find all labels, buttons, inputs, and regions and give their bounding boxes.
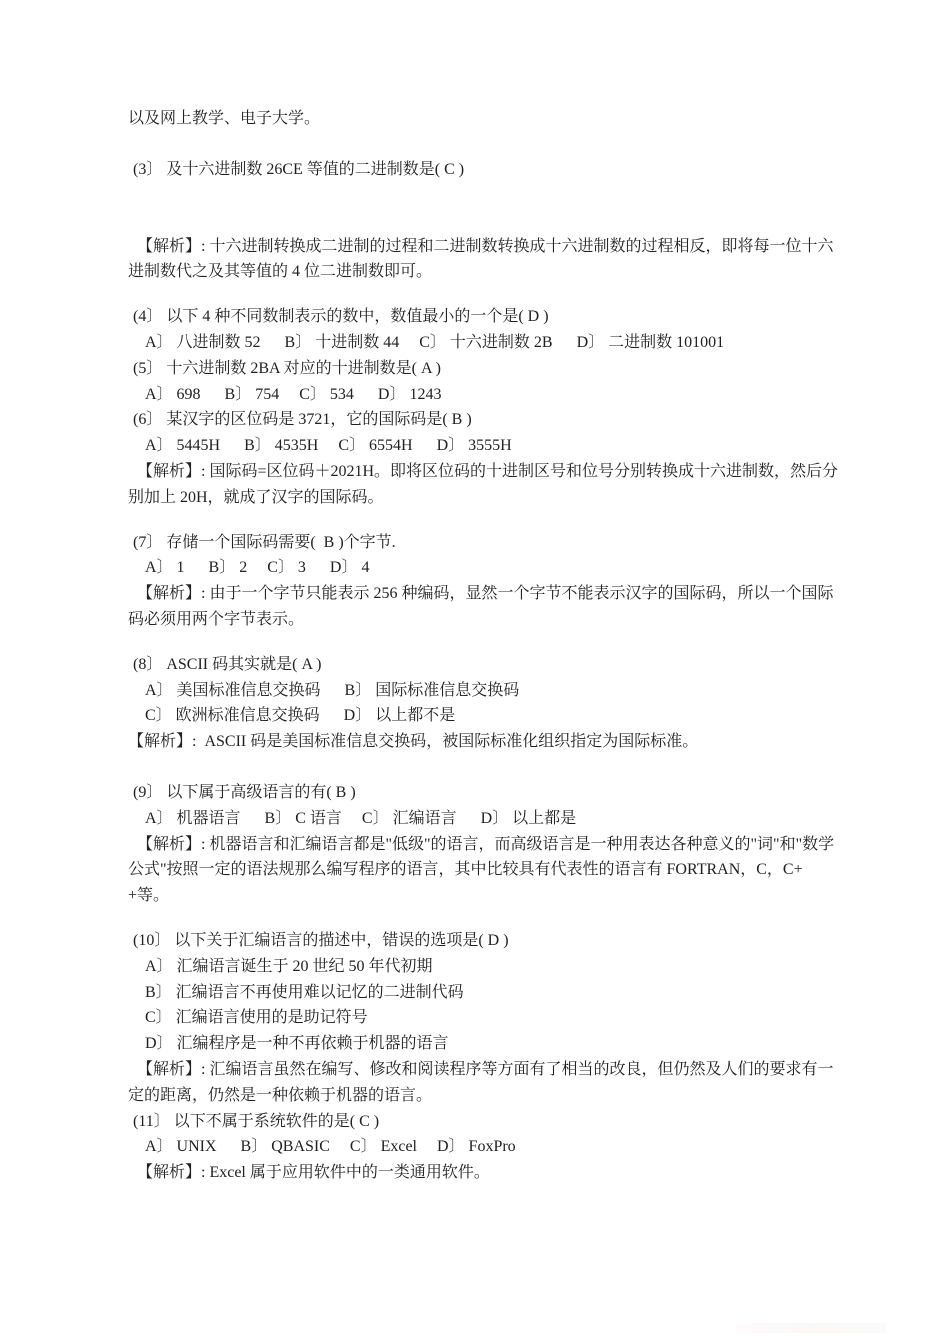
question-stem: (6〕 某汉字的区位码是 3721，它的国际码是( B ) bbox=[128, 407, 840, 433]
answer-options: C〕 汇编语言使用的是助记符号 bbox=[128, 1005, 840, 1031]
analysis-text: 【解析】: 由于一个字节只能表示 256 种编码，显然一个字节不能表示汉字的国际… bbox=[128, 581, 840, 633]
answer-options: A〕 1 B〕 2 C〕 3 D〕 4 bbox=[128, 555, 840, 581]
analysis-text: 【解析】: 汇编语言虽然在编写、修改和阅读程序等方面有了相当的改良，但仍然及人们… bbox=[128, 1057, 840, 1109]
text-paragraph: 以及网上教学、电子大学。 bbox=[128, 106, 840, 132]
question-stem: (9〕 以下属于高级语言的有( B ) bbox=[128, 780, 840, 806]
question-stem: (3〕 及十六进制数 26CE 等值的二进制数是( C ) bbox=[128, 157, 840, 183]
answer-options: A〕 机器语言 B〕 C 语言 C〕 汇编语言 D〕 以上都是 bbox=[128, 806, 840, 832]
answer-options: D〕 汇编程序是一种不再依赖于机器的语言 bbox=[128, 1031, 840, 1057]
question-stem: (10〕 以下关于汇编语言的描述中，错误的选项是( D ) bbox=[128, 928, 840, 954]
answer-options: A〕 UNIX B〕 QBASIC C〕 Excel D〕 FoxPro bbox=[128, 1134, 840, 1160]
answer-options: A〕 八进制数 52 B〕 十进制数 44 C〕 十六进制数 2B D〕 二进制… bbox=[128, 330, 840, 356]
analysis-text: 【解析】: ASCII 码是美国标准信息交换码，被国际标准化组织指定为国际标准。 bbox=[128, 729, 840, 755]
footer-watermark bbox=[736, 1323, 886, 1333]
answer-options: A〕 5445H B〕 4535H C〕 6554H D〕 3555H bbox=[128, 433, 840, 459]
question-stem: (4〕 以下 4 种不同数制表示的数中，数值最小的一个是( D ) bbox=[128, 304, 840, 330]
analysis-text: 【解析】: Excel 属于应用软件中的一类通用软件。 bbox=[128, 1160, 840, 1186]
document-page: 以及网上教学、电子大学。 (3〕 及十六进制数 26CE 等值的二进制数是( C… bbox=[0, 0, 950, 1341]
question-stem: (8〕 ASCII 码其实就是( A ) bbox=[128, 652, 840, 678]
answer-options: A〕 美国标准信息交换码 B〕 国际标准信息交换码 bbox=[128, 678, 840, 704]
analysis-text: 【解析】: 机器语言和汇编语言都是"低级"的语言，而高级语言是一种用表达各种意义… bbox=[128, 832, 840, 909]
question-stem: (7〕 存储一个国际码需要( B )个字节. bbox=[128, 530, 840, 556]
analysis-text: 【解析】: 国际码=区位码＋2021H。即将区位码的十进制区号和位号分别转换成十… bbox=[128, 459, 840, 511]
answer-options: C〕 欧洲标准信息交换码 D〕 以上都不是 bbox=[128, 703, 840, 729]
analysis-text: 【解析】: 十六进制转换成二进制的过程和二进制数转换成十六进制数的过程相反，即将… bbox=[128, 234, 840, 286]
question-stem: (11〕 以下不属于系统软件的是( C ) bbox=[128, 1109, 840, 1135]
question-stem: (5〕 十六进制数 2BA 对应的十进制数是( A ) bbox=[128, 356, 840, 382]
answer-options: A〕 698 B〕 754 C〕 534 D〕 1243 bbox=[128, 382, 840, 408]
answer-options: A〕 汇编语言诞生于 20 世纪 50 年代初期 bbox=[128, 954, 840, 980]
answer-options: B〕 汇编语言不再使用难以记忆的二进制代码 bbox=[128, 980, 840, 1006]
